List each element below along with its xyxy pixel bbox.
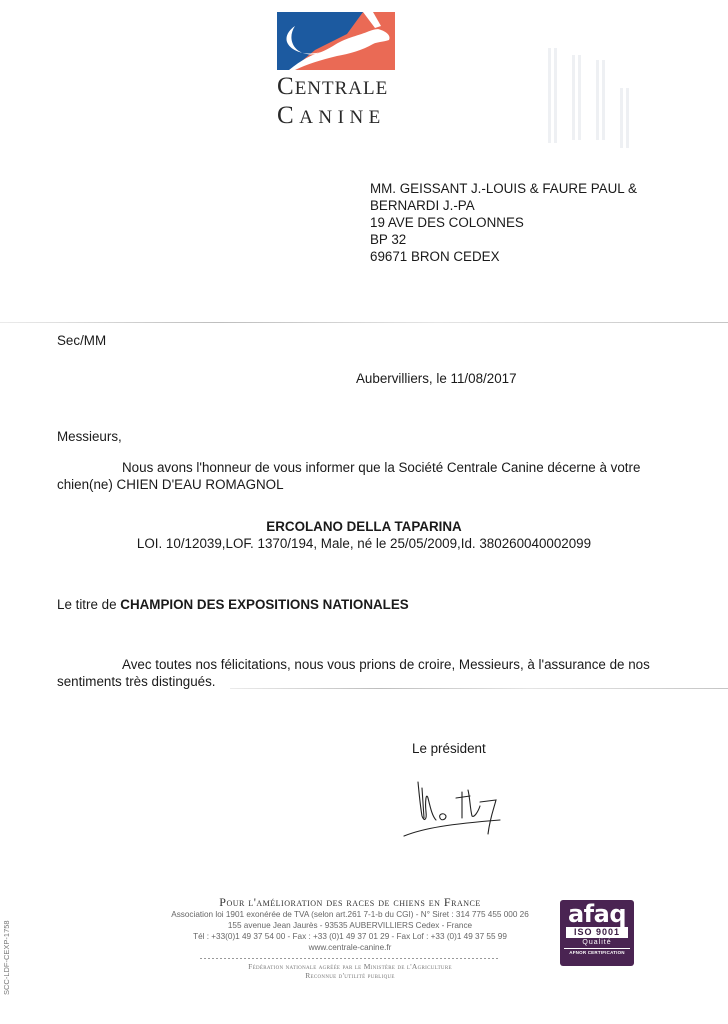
address-line: BERNARDI J.-PA — [370, 197, 637, 214]
scan-bleed-through — [572, 55, 581, 140]
paragraph-2-line-1: Avec toutes nos félicitations, nous vous… — [122, 656, 650, 673]
afaq-iso-certification-badge: afaq ISO 9001 Qualité AFNOR CERTIFICATIO… — [560, 900, 634, 966]
scan-bleed-through — [596, 60, 605, 140]
address-line: 19 AVE DES COLONNES — [370, 214, 637, 231]
letter-reference: Sec/MM — [57, 332, 106, 349]
document-code: SCC-LDF-CEXP-1758 — [2, 920, 11, 995]
address-line: 69671 BRON CEDEX — [370, 248, 637, 265]
quality-label: Qualité — [560, 938, 634, 948]
dog-name: ERCOLANO DELLA TAPARINA — [0, 518, 728, 535]
footer-divider — [200, 958, 500, 959]
paper-fold-line — [0, 322, 728, 323]
leaping-dog-logo-icon — [277, 12, 395, 70]
footer-address: 155 avenue Jean Jaurès - 93535 AUBERVILL… — [150, 920, 550, 931]
salutation: Messieurs, — [57, 428, 122, 445]
address-line: MM. GEISSANT J.-LOUIS & FAURE PAUL & — [370, 180, 637, 197]
scan-bleed-through — [620, 88, 629, 148]
afaq-brand: afaq — [560, 902, 634, 926]
certification-issuer: AFNOR CERTIFICATION — [564, 948, 630, 957]
president-signature-icon — [400, 778, 510, 840]
awarded-title: CHAMPION DES EXPOSITIONS NATIONALES — [120, 597, 408, 612]
paragraph-1-line-2: chien(ne) CHIEN D'EAU ROMAGNOL — [57, 476, 284, 493]
footer-motto: Pour l'amélioration des races de chiens … — [150, 896, 550, 909]
paper-fold-line — [230, 688, 728, 689]
paragraph-1-line-1: Nous avons l'honneur de vous informer qu… — [122, 459, 640, 476]
logo-wordmark-canine: CANINE — [277, 103, 397, 132]
footer-website: www.centrale-canine.fr — [150, 942, 550, 953]
scan-bleed-through — [548, 48, 557, 143]
footer-federation: Fédération nationale agréée par le Minis… — [150, 962, 550, 971]
footer-phones: Tél : +33(0)1 49 37 54 00 - Fax : +33 (0… — [150, 931, 550, 942]
place-and-date: Aubervilliers, le 11/08/2017 — [356, 370, 517, 387]
logo-wordmark-centrale: CENTRALE — [277, 74, 397, 103]
iso-standard-label: ISO 9001 — [566, 927, 628, 938]
awarded-title-line: Le titre de CHAMPION DES EXPOSITIONS NAT… — [57, 596, 409, 613]
signatory-title: Le président — [412, 740, 486, 757]
address-line: BP 32 — [370, 231, 637, 248]
centrale-canine-logo: CENTRALE CANINE — [277, 12, 397, 132]
title-prefix: Le titre de — [57, 597, 120, 612]
recipient-address: MM. GEISSANT J.-LOUIS & FAURE PAUL & BER… — [370, 180, 637, 265]
paragraph-2-line-2: sentiments très distingués. — [57, 673, 216, 690]
footer-recognition: Reconnue d'utilité publique — [150, 971, 550, 980]
footer-legal: Association loi 1901 exonérée de TVA (se… — [150, 909, 550, 920]
letter-footer: Pour l'amélioration des races de chiens … — [150, 896, 550, 980]
dog-identifiers: LOI. 10/12039,LOF. 1370/194, Male, né le… — [0, 535, 728, 552]
